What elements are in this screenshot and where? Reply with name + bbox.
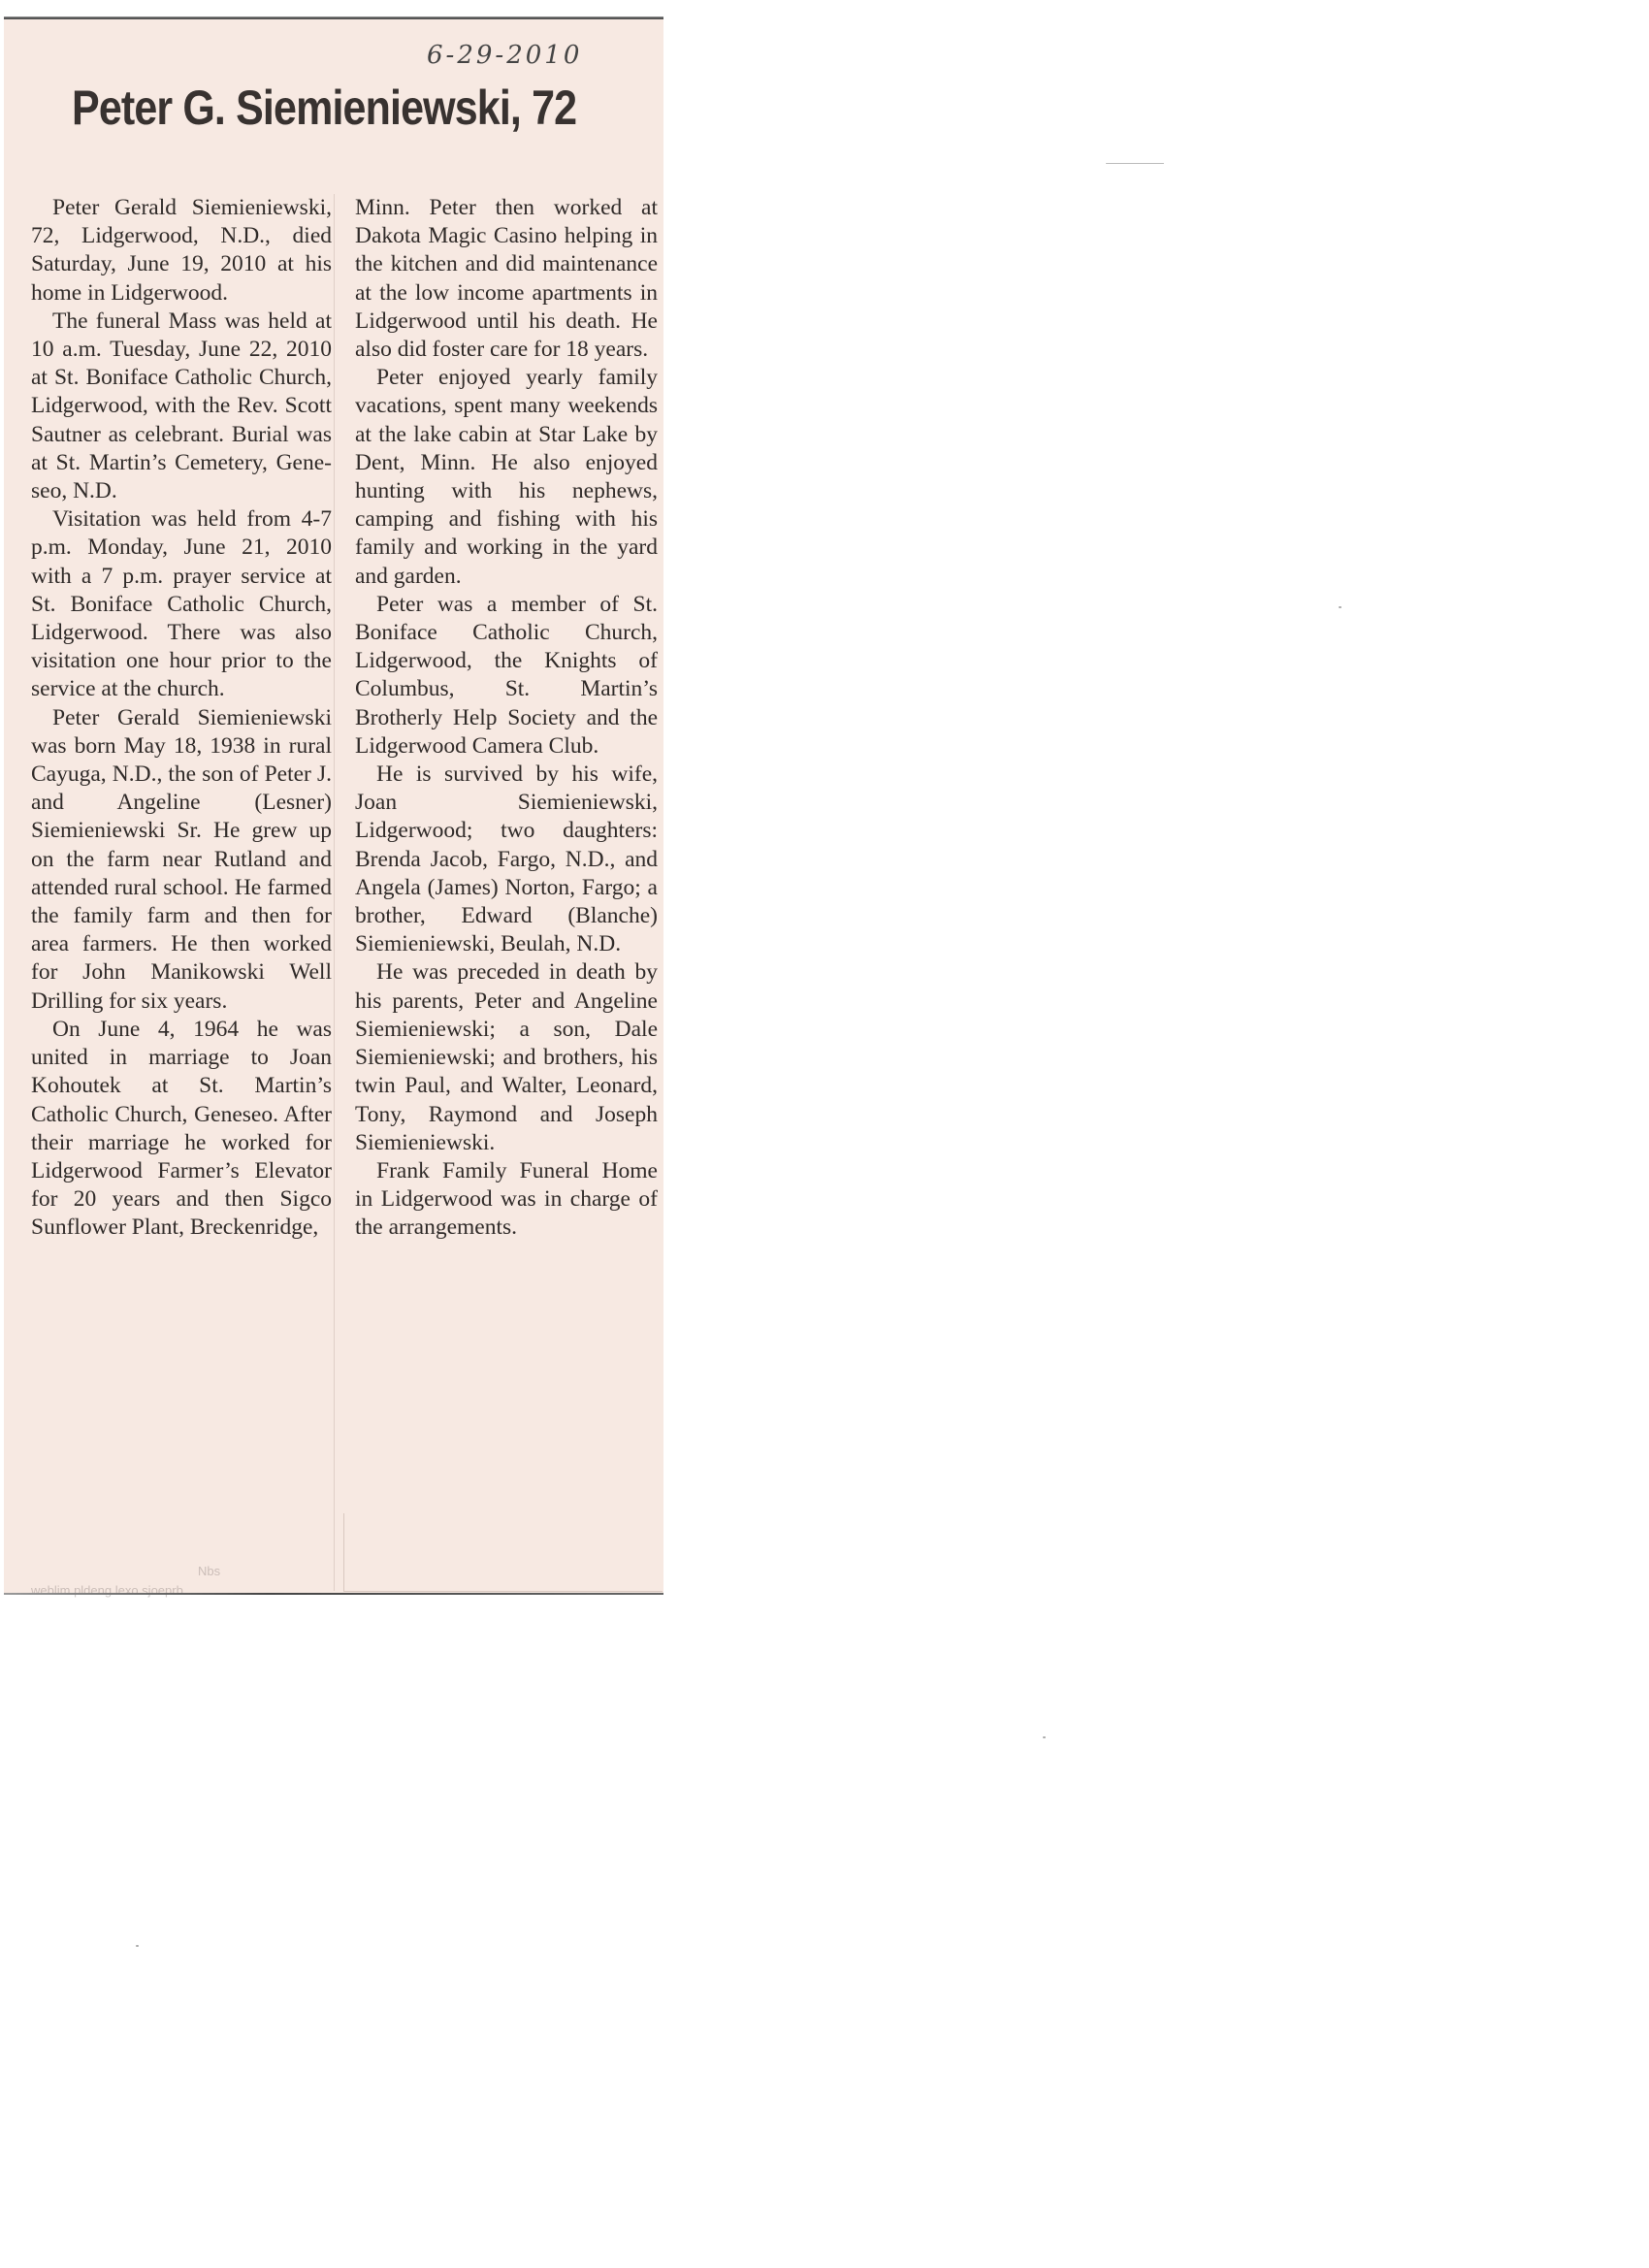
bleed-through-text: Nbs [198,1564,220,1578]
column-divider [334,194,335,1591]
paragraph-arrangements: Frank Family Funeral Home in Lidgerwood … [355,1157,658,1243]
paragraph-marriage: On June 4, 1964 he was united in marriag… [31,1016,332,1243]
scan-speck [1043,1736,1046,1738]
paragraph-preceded: He was preceded in death by his parents,… [355,958,658,1156]
paragraph-memberships: Peter was a member of St. Boniface Catho… [355,591,658,761]
left-column: Peter Gerald Siemie­niewski, 72, Lidgerw… [31,194,332,1243]
right-column: Minn. Peter then worked at Dakota Magic … [355,194,658,1243]
paragraph-survivors: He is survived by his wife, Joan Siemien… [355,761,658,958]
scan-speck [136,1945,139,1947]
bleed-through-box [343,1513,663,1592]
obituary-headline: Peter G. Siemieniewski, 72 [72,80,576,136]
paragraph-funeral-mass: The funeral Mass was held at 10 a.m. Tue… [31,308,332,505]
paragraph-early-life: Peter Gerald Siemie­niewski was born May… [31,704,332,1016]
bleed-through-text: weblim pldeng lexo sjoeprb [31,1583,183,1598]
paragraph-career: Minn. Peter then worked at Dakota Magic … [355,194,658,364]
scan-speck [1106,163,1164,164]
scan-speck [1339,606,1342,608]
handwritten-date: 6-29-2010 [427,41,582,70]
paragraph-death-notice: Peter Gerald Siemie­niewski, 72, Lidgerw… [31,194,332,308]
newspaper-clipping: 6-29-2010 Peter G. Siemieniewski, 72 Pet… [4,17,663,1593]
paragraph-hobbies: Peter enjoyed yearly family vacations, s… [355,364,658,591]
paragraph-visitation: Visitation was held from 4-7 p.m. Monday… [31,505,332,703]
